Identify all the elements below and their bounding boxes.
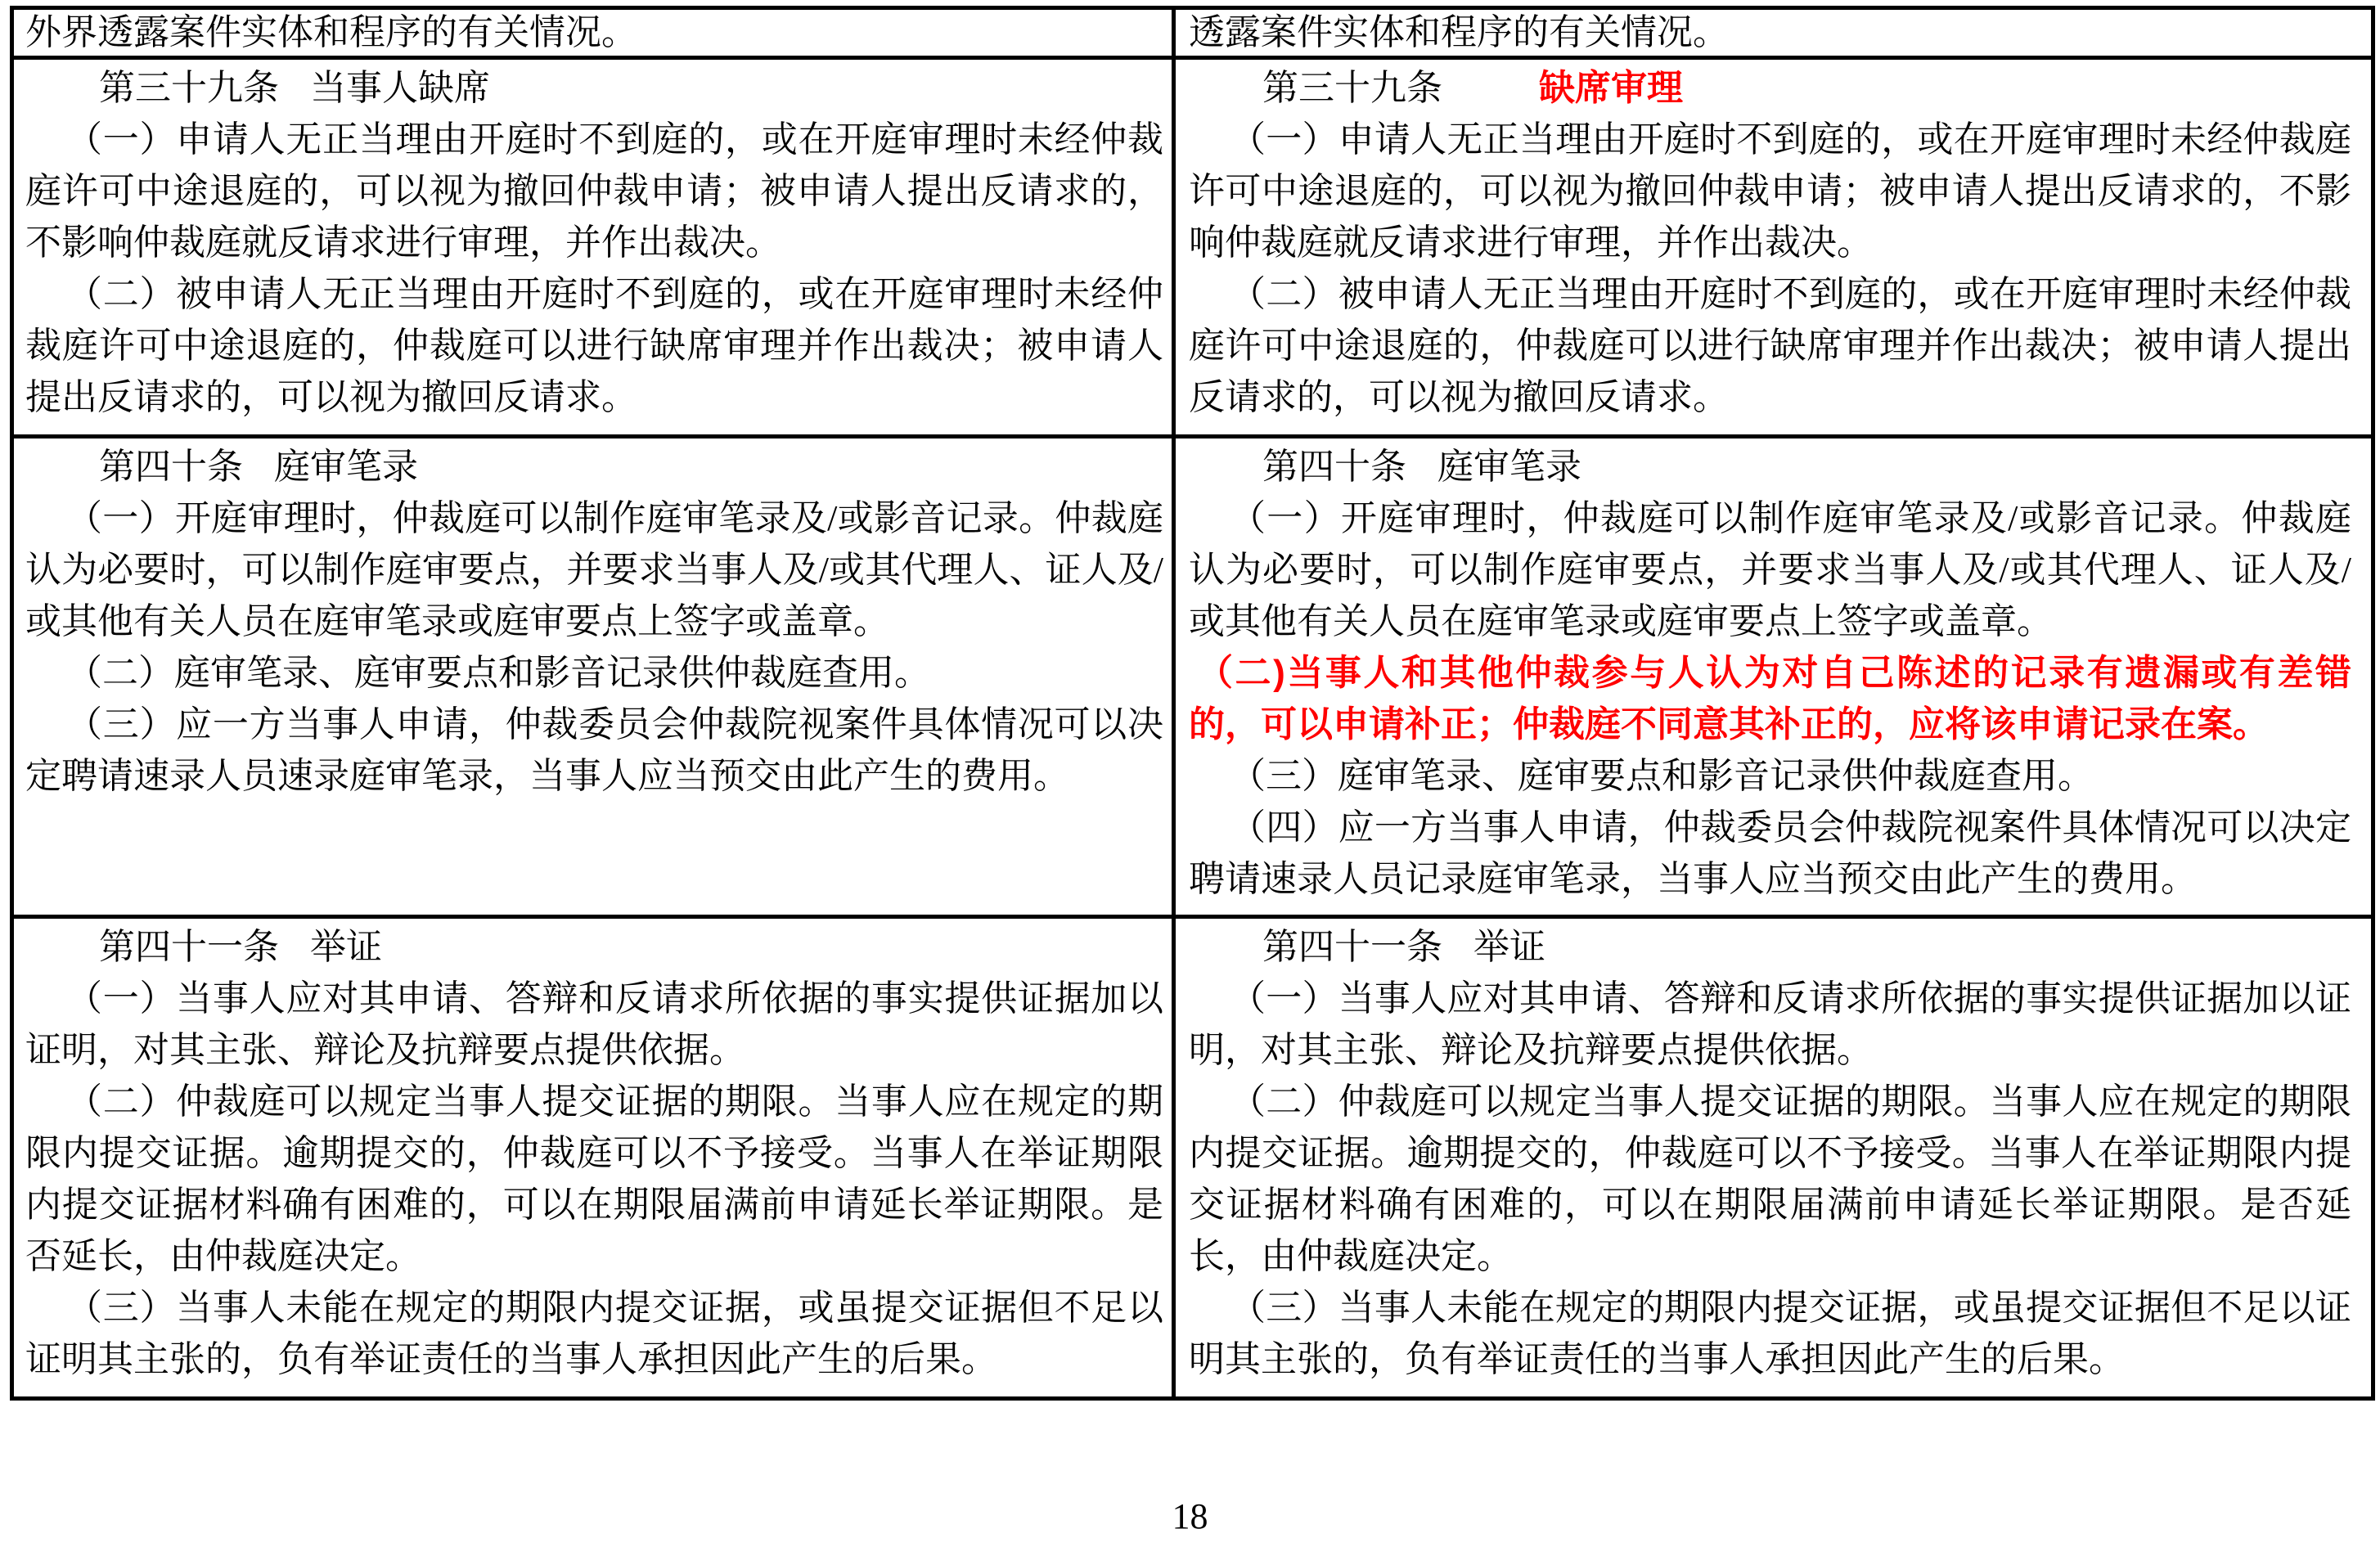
clause-paragraph: （一）当事人应对其申请、答辩和反请求所依据的事实提供证据加以证明，对其主张、辩论… (1189, 973, 2351, 1076)
article-title: 第四十条庭审笔录 (25, 441, 1163, 492)
continuation-text: 外界透露案件实体和程序的有关情况。 (25, 11, 1163, 54)
clause-paragraph: （二）庭审笔录、庭审要点和影音记录供仲裁庭查用。 (25, 647, 1163, 699)
revised-clause-paragraph: （二)当事人和其他仲裁参与人认为对自己陈述的记录有遗漏或有差错的，可以申请补正；… (1189, 647, 2351, 750)
article-title: 第四十一条举证 (1189, 921, 2351, 973)
clause-paragraph: （二）仲裁庭可以规定当事人提交证据的期限。当事人应在规定的期限内提交证据。逾期提… (25, 1076, 1163, 1282)
article-number: 第四十一条 (99, 927, 279, 967)
article-title-text: 举证 (310, 927, 382, 967)
revised-version-cell: 第三十九条缺席审理（一）申请人无正当理由开庭时不到庭的，或在开庭审理时未经仲裁庭… (1174, 58, 2373, 437)
article-title-text: 庭审笔录 (274, 447, 418, 487)
article-title: 第四十条庭审笔录 (1189, 441, 2351, 492)
clause-paragraph: （三）当事人未能在规定的期限内提交证据，或虽提交证据但不足以证明其主张的，负有举… (1189, 1282, 2351, 1385)
article-title: 第三十九条当事人缺席 (25, 62, 1163, 114)
table-row: 第三十九条当事人缺席（一）申请人无正当理由开庭时不到庭的，或在开庭审理时未经仲裁… (12, 58, 2373, 437)
old-version-cell: 第四十条庭审笔录（一）开庭审理时，仲裁庭可以制作庭审笔录及/或影音记录。仲裁庭认… (12, 437, 1174, 917)
clause-paragraph: （四）应一方当事人申请，仲裁委员会仲裁院视案件具体情况可以决定聘请速录人员记录庭… (1189, 802, 2351, 905)
old-version-cell: 第三十九条当事人缺席（一）申请人无正当理由开庭时不到庭的，或在开庭审理时未经仲裁… (12, 58, 1174, 437)
clause-paragraph: （二）仲裁庭可以规定当事人提交证据的期限。当事人应在规定的期限内提交证据。逾期提… (1189, 1076, 2351, 1282)
revised-article-title-text: 缺席审理 (1539, 68, 1683, 108)
clause-paragraph: （一）当事人应对其申请、答辩和反请求所依据的事实提供证据加以证明，对其主张、辩论… (25, 973, 1163, 1076)
clause-paragraph: （一）开庭审理时，仲裁庭可以制作庭审笔录及/或影音记录。仲裁庭认为必要时，可以制… (1189, 492, 2351, 647)
clause-paragraph: （三）当事人未能在规定的期限内提交证据，或虽提交证据但不足以证明其主张的，负有举… (25, 1282, 1163, 1385)
revised-version-cell: 透露案件实体和程序的有关情况。 (1174, 8, 2373, 58)
table-row: 外界透露案件实体和程序的有关情况。透露案件实体和程序的有关情况。 (12, 8, 2373, 58)
page-number: 18 (0, 1495, 2380, 1538)
continuation-text: 透露案件实体和程序的有关情况。 (1189, 11, 2351, 54)
clause-paragraph: （一）开庭审理时，仲裁庭可以制作庭审笔录及/或影音记录。仲裁庭认为必要时，可以制… (25, 492, 1163, 647)
clause-paragraph: （二）被申请人无正当理由开庭时不到庭的，或在开庭审理时未经仲裁庭许可中途退庭的，… (25, 268, 1163, 423)
revised-version-cell: 第四十条庭审笔录（一）开庭审理时，仲裁庭可以制作庭审笔录及/或影音记录。仲裁庭认… (1174, 437, 2373, 917)
comparison-table: 外界透露案件实体和程序的有关情况。透露案件实体和程序的有关情况。第三十九条当事人… (10, 6, 2375, 1401)
old-version-cell: 外界透露案件实体和程序的有关情况。 (12, 8, 1174, 58)
clause-paragraph: （三）庭审笔录、庭审要点和影音记录供仲裁庭查用。 (1189, 750, 2351, 802)
table-row: 第四十条庭审笔录（一）开庭审理时，仲裁庭可以制作庭审笔录及/或影音记录。仲裁庭认… (12, 437, 2373, 917)
article-title-text: 当事人缺席 (310, 68, 490, 108)
table-row: 第四十一条举证（一）当事人应对其申请、答辩和反请求所依据的事实提供证据加以证明，… (12, 917, 2373, 1399)
article-title: 第四十一条举证 (25, 921, 1163, 973)
article-title: 第三十九条缺席审理 (1189, 62, 2351, 114)
old-version-cell: 第四十一条举证（一）当事人应对其申请、答辩和反请求所依据的事实提供证据加以证明，… (12, 917, 1174, 1399)
revised-version-cell: 第四十一条举证（一）当事人应对其申请、答辩和反请求所依据的事实提供证据加以证明，… (1174, 917, 2373, 1399)
article-number: 第四十条 (99, 447, 243, 487)
clause-paragraph: （一）申请人无正当理由开庭时不到庭的，或在开庭审理时未经仲裁庭许可中途退庭的，可… (1189, 114, 2351, 268)
article-number: 第三十九条 (99, 68, 279, 108)
clause-paragraph: （一）申请人无正当理由开庭时不到庭的，或在开庭审理时未经仲裁庭许可中途退庭的，可… (25, 114, 1163, 268)
article-number: 第四十条 (1262, 447, 1406, 487)
article-title-text: 举证 (1473, 927, 1545, 967)
clause-paragraph: （三）应一方当事人申请，仲裁委员会仲裁院视案件具体情况可以决定聘请速录人员速录庭… (25, 699, 1163, 802)
article-number: 第四十一条 (1262, 927, 1442, 967)
article-title-text: 庭审笔录 (1437, 447, 1581, 487)
article-number: 第三十九条 (1262, 68, 1442, 108)
document-page: 外界透露案件实体和程序的有关情况。透露案件实体和程序的有关情况。第三十九条当事人… (0, 0, 2380, 1556)
clause-paragraph: （二）被申请人无正当理由开庭时不到庭的，或在开庭审理时未经仲裁庭许可中途退庭的，… (1189, 268, 2351, 423)
comparison-table-body: 外界透露案件实体和程序的有关情况。透露案件实体和程序的有关情况。第三十九条当事人… (12, 8, 2373, 1399)
